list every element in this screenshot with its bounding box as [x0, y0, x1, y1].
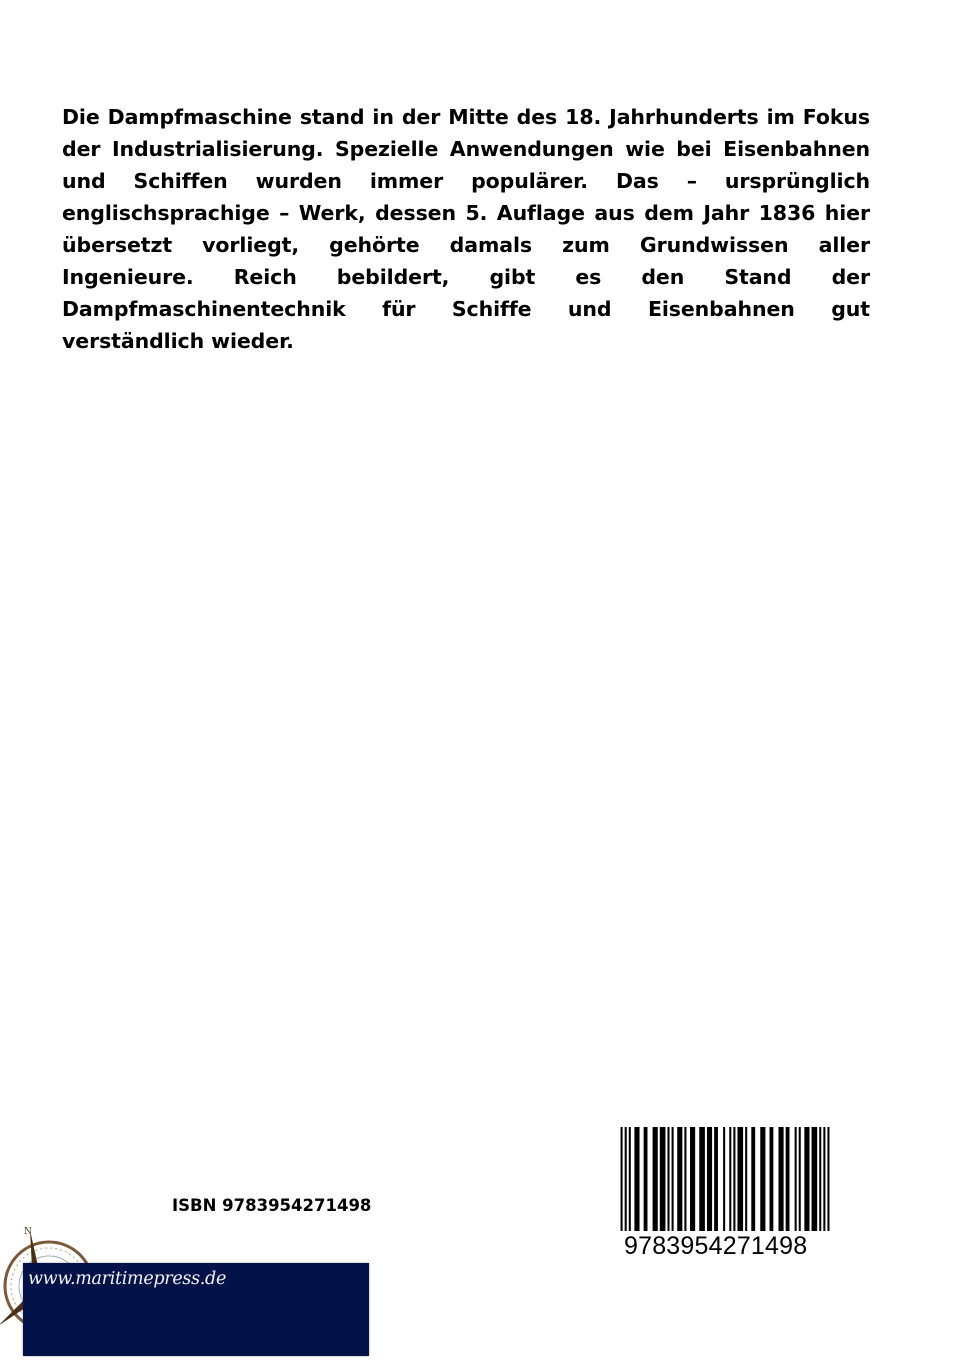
publisher-url: www.maritimepress.de	[28, 1269, 226, 1289]
publisher-banner: www.maritimepress.de	[23, 1263, 369, 1356]
back-cover-blurb: Die Dampfmaschine stand in der Mitte des…	[62, 101, 870, 357]
barcode-number: 9783954271498	[624, 1232, 807, 1261]
svg-text:N: N	[24, 1227, 32, 1237]
isbn-label: ISBN 9783954271498	[172, 1196, 371, 1215]
barcode-icon	[618, 1127, 834, 1231]
